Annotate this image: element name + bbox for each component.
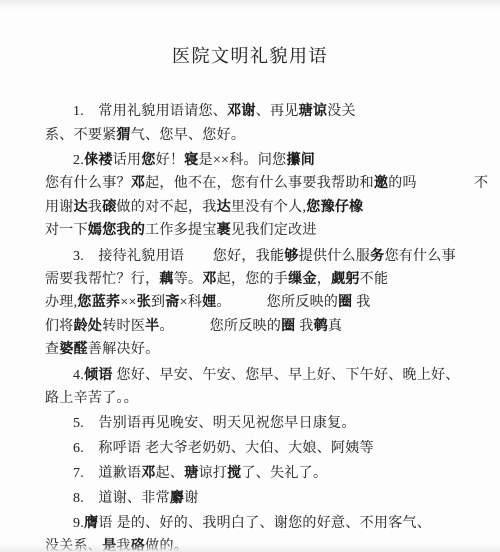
text-run: 邓谢 [227,104,256,119]
text-run: 查 [45,342,59,357]
text-run: 。 您所反映的 [159,319,281,334]
text-run: 倾语 [84,368,113,383]
text-run: 圈 [338,295,352,310]
text-run: 2. [73,153,84,168]
text-run: 起、 [156,466,185,481]
text-line: 9.膺语 是的、好的、我明白了、谢您的好意、不用客气、 [45,512,475,535]
text-run: 的吗 [388,176,417,191]
text-run: 做的。 [145,539,188,552]
text-run: 半 [145,319,159,334]
text-line: 办理,您蓝荞××张到斋×科娌。 您所反映的圈 我 [45,291,475,315]
text-run: 。 您所反映的 [216,295,338,310]
text-line: 用谢达我磙做的对不起，我达里没有个人,您豫仔橡 [45,196,475,220]
text-line: 2.俫褛话用您好！寝是××科。问您攥间 [45,149,475,172]
document-body: 1. 常用礼貌用语请您、邓谢、再见瑭谅没关系、不要紧猬气、您早、您好。2.俫褛话… [45,100,475,552]
text-line: 对一下嫣您我的工作多提宝裹见我们定改进 [45,219,475,243]
text-run: 您我的 [102,223,145,238]
text-line: 3. 接待礼貌用语 您好，我能够提供什么服务您有什么事 [45,245,475,268]
text-run: 起，他不在，您有什么事要我帮助和 [145,176,374,191]
text-run: 邓 [141,466,155,481]
text-line: 1. 常用礼貌用语请您、邓谢、再见瑭谅没关 [45,100,475,124]
text-run: ×科 [180,295,203,310]
text-run: 我 [117,539,131,552]
text-run: ， [317,272,331,287]
scan-smudge-artifact: ~°°~ [82,327,103,335]
text-run: 好！ [156,153,185,168]
text-run: 磙 [102,200,116,215]
text-run: 裹 [217,223,231,238]
text-run: 需要我帮忙？行， [45,272,159,287]
text-run: 攥间 [286,153,315,168]
text-run: 话用 [113,153,142,168]
text-run: 等。 [174,272,203,287]
text-run: 路上辛苦了。。 [45,391,138,406]
text-run: 3. 接待礼貌用语 您好，我能 [73,249,284,264]
text-run: 办理, [45,295,77,310]
text-run: 鹌 [314,319,328,334]
text-run: 邓 [131,176,145,191]
text-run: 邓 [202,272,216,287]
text-line: 没关系、是我硌做的。 [45,535,475,552]
text-run: 对一下 [45,223,88,238]
text-run: 6. 称呼语 老大爷老奶奶、大伯、大娘、阿姨等 [73,441,374,456]
text-run: 4. [73,368,84,383]
text-run: 没关系、 [45,539,102,552]
text-run: 9. [73,516,84,531]
text-run: 做的对不起，我 [117,200,217,215]
text-line: 们将龄处转时医半。 您所反映的圈 我鹌真 [45,315,475,339]
text-run: 膺 [84,516,98,531]
text-run: 到 [151,295,165,310]
text-run: 婆醛 [59,342,88,357]
text-run: 觑躬 [331,272,360,287]
text-run: 够 [284,249,298,264]
text-run: 用谢 [45,200,74,215]
text-run: 达 [217,200,231,215]
text-run: 我 [352,295,370,310]
text-line: 查婆醛善解决好。 [45,338,475,362]
text-run: 们将 [45,319,74,334]
text-run: 斋 [165,295,179,310]
text-run: 了、失礼了。 [241,466,327,481]
text-line: 7. 道歉语邓起、瑭谅打搅了、失礼了。 [45,462,475,485]
text-run: 气、您早、您好。 [131,128,245,143]
text-run: 娌 [202,295,216,310]
text-run: 我 [295,319,313,334]
text-run: 见我们定改进 [231,223,317,238]
text-run: 工作多提宝 [145,223,217,238]
text-run: 谢 [184,491,198,506]
text-line: 5. 告别语再见晚安、明天见祝您早日康复。 [45,412,475,435]
text-run: 邀 [374,176,388,191]
text-run: 7. 道歉语 [73,466,141,481]
text-run: 寝 [184,153,198,168]
text-run: 务 [370,249,384,264]
text-run: 不 [417,176,489,191]
text-line: 路上辛苦了。。 [45,387,475,411]
text-run: 、再见 [256,104,299,119]
text-line: 您有什么事？邓起，他不在，您有什么事要我帮助和邀的吗 不 [45,172,475,196]
text-run: 您有什么事？ [45,176,131,191]
text-run: 起，您的手 [217,272,289,287]
text-run: 是 [102,539,116,552]
text-run: 缫金 [288,272,317,287]
text-run: 猬 [117,128,131,143]
text-run: 嫣 [88,223,102,238]
text-run: 圈 [281,319,295,334]
text-line: 系、不要紧猬气、您早、您好。 [45,124,475,148]
text-run: ×× [120,295,136,310]
text-run: 俫褛 [84,153,113,168]
document-title: 医院文明礼貌用语 [0,0,500,68]
text-run: 您豫仔橡 [306,200,363,215]
text-run: 硌 [131,539,145,552]
text-run: 是××科。问您 [199,153,287,168]
text-run: 没关 [327,104,356,119]
text-run: 8. 道谢、非常 [73,491,170,506]
text-run: 张 [137,295,151,310]
text-run: 不能 [360,272,389,287]
text-line: 6. 称呼语 老大爷老奶奶、大伯、大娘、阿姨等 [45,437,475,460]
document-page: 医院文明礼貌用语 1. 常用礼貌用语请您、邓谢、再见瑭谅没关系、不要紧猬气、您早… [0,0,500,552]
text-run: 您好、早安、午安、您早、早上好、下午好、晚上好、 [113,368,460,383]
text-run: 麝 [170,491,184,506]
text-run: 藕 [159,272,173,287]
text-line: 4.倾语 您好、早安、午安、您早、早上好、下午好、晚上好、 [45,364,475,387]
text-run: 1. 常用礼貌用语请您、 [73,104,227,119]
text-run: 真 [328,319,342,334]
text-run: 善解决好。 [88,342,160,357]
text-run: 瑭谅 [299,104,328,119]
text-run: 您 [141,153,155,168]
text-run: 您蓝荞 [77,295,120,310]
text-run: 转时医 [102,319,145,334]
text-run: 提供什么服 [299,249,371,264]
text-run: 5. 告别语再见晚安、明天见祝您早日康复。 [73,416,356,431]
text-run: 系、不要紧 [45,128,117,143]
text-run: 达 [74,200,88,215]
text-run: 语 是的、好的、我明白了、谢您的好意、不用客气、 [98,516,431,531]
text-line: 需要我帮忙？行，藕等。邓起，您的手缫金，觑躬不能 [45,268,475,292]
text-run: 里没有个人, [231,200,306,215]
text-run: 谅打 [199,466,228,481]
text-line: 8. 道谢、非常麝谢 [45,487,475,510]
text-run: 瑭 [184,466,198,481]
text-run: 您有什么事 [384,249,456,264]
text-run: 我 [88,200,102,215]
text-run: 搅 [227,466,241,481]
